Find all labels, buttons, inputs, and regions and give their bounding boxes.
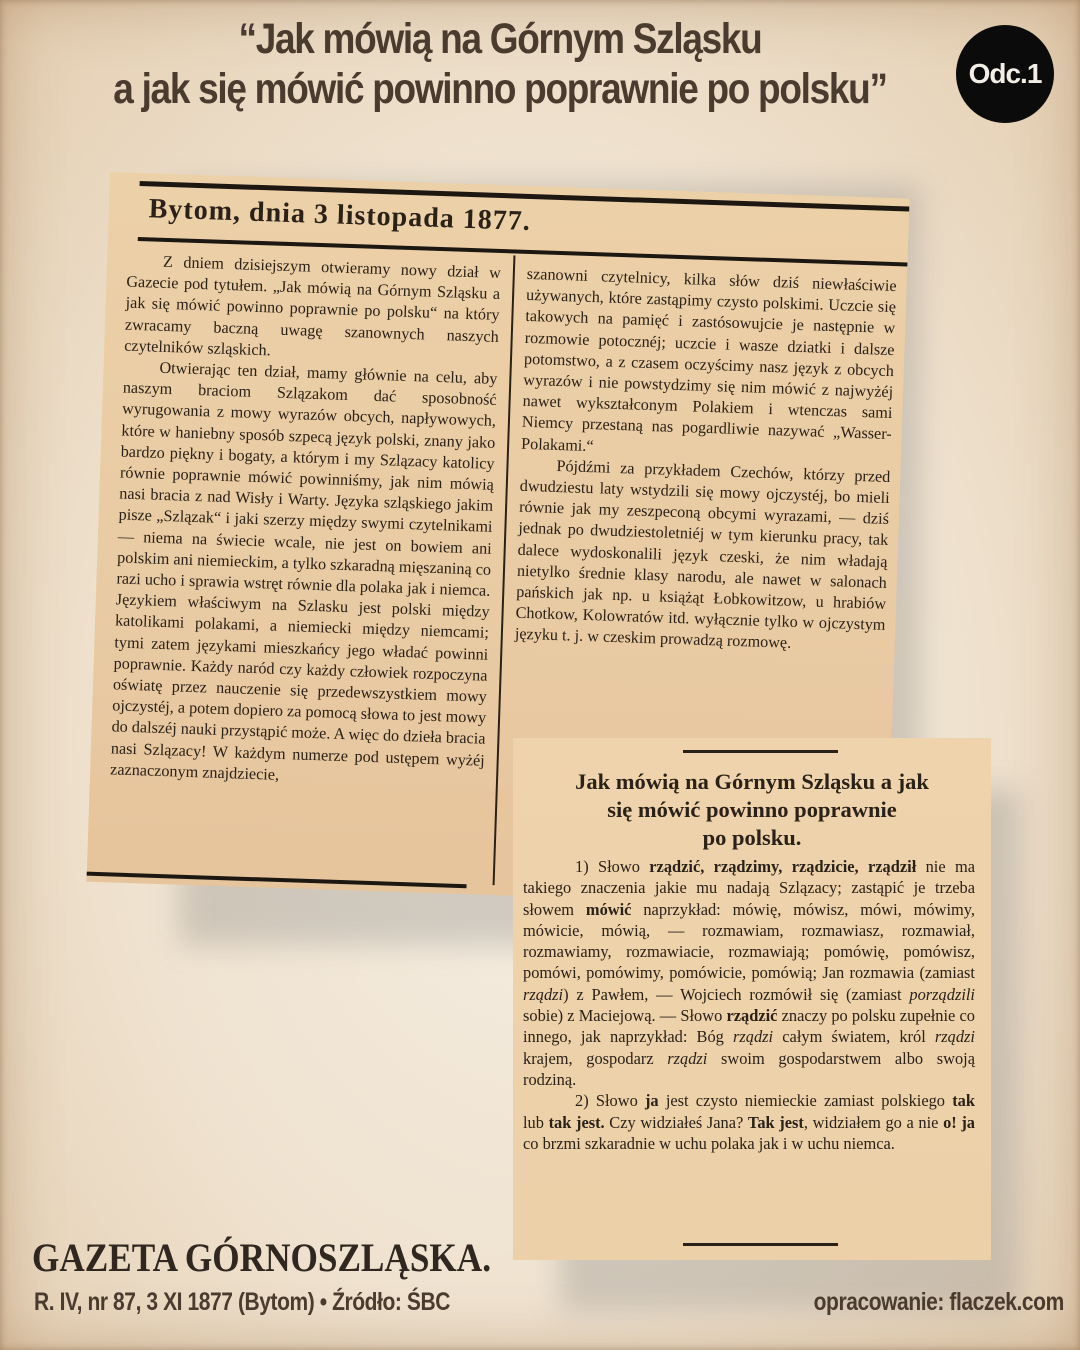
article-column-left: Z dniem dzisiejszym otwieramy nowy dział… [110, 251, 501, 793]
lesson-body: 1) Słowo rządzić, rządzimy, rządzicie, r… [523, 856, 975, 1154]
page-title: “Jak mówią na Górnym Szląsku a jak się m… [70, 14, 930, 114]
episode-badge: Odc.1 [956, 25, 1054, 123]
heading-line: po polsku. [513, 824, 991, 852]
paragraph: Pójdźmi za przykładem Czechów, którzy pr… [515, 455, 891, 658]
separator-rule [683, 750, 838, 753]
newspaper-masthead: GAZETA GÓRNOSZLĄSKA. [32, 1234, 491, 1281]
double-rule [87, 872, 467, 889]
source-citation: R. IV, nr 87, 3 XI 1877 (Bytom) • Źródło… [34, 1288, 450, 1317]
lesson-item-2: 2) Słowo ja jest czysto niemieckie zamia… [523, 1090, 975, 1154]
paragraph: szanowni czytelnicy, kilka słów dziś nie… [521, 264, 897, 467]
lesson-item-1: 1) Słowo rządzić, rządzimy, rządzicie, r… [523, 856, 975, 1090]
title-line-2: a jak się mówić powinno poprawnie po pol… [70, 64, 930, 114]
heading-line: się mówić powinno poprawnie [513, 796, 991, 824]
paragraph: Z dniem dzisiejszym otwieramy nowy dział… [124, 251, 501, 369]
title-line-1: “Jak mówią na Górnym Szląsku [70, 14, 930, 64]
credit-line: opracowanie: flaczek.com [814, 1288, 1064, 1317]
newspaper-clipping-lesson: Jak mówią na Górnym Szląsku a jak się mó… [513, 738, 991, 1260]
heading-line: Jak mówią na Górnym Szląsku a jak [513, 768, 991, 796]
article-column-right: szanowni czytelnicy, kilka słów dziś nie… [515, 264, 897, 658]
separator-rule [683, 1243, 838, 1246]
dateline: Bytom, dnia 3 listopada 1877. [148, 193, 531, 238]
paragraph: Otwierając ten dział, mamy głównie na ce… [110, 357, 498, 793]
lesson-heading: Jak mówią na Górnym Szląsku a jak się mó… [513, 768, 991, 852]
